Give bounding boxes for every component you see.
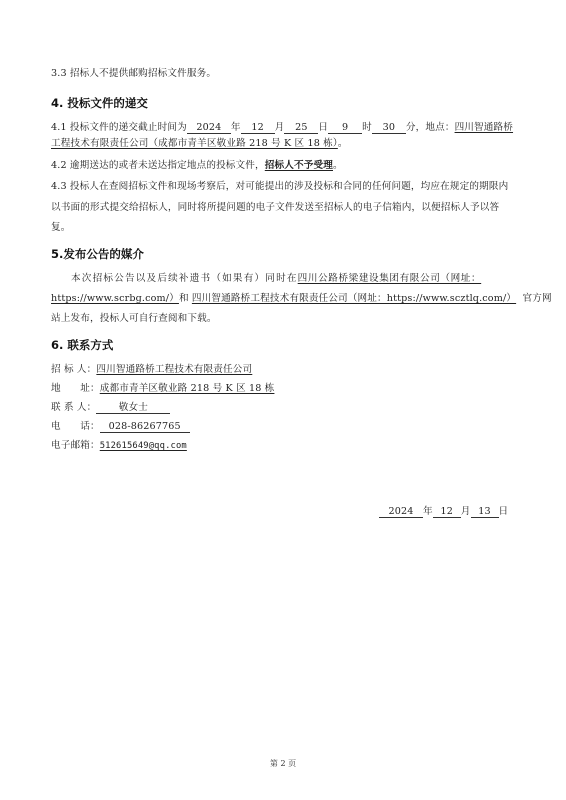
signature-date: 2024年12月13日	[379, 506, 508, 518]
location-line2: 工程技术有限责任公司（成都市青羊区敬业路 218 号 K 区 18 栋）	[51, 138, 338, 149]
minute-unit: 分，地点：	[406, 122, 455, 133]
date-year-unit: 年	[423, 506, 433, 517]
section-5-suffix: 官方网	[523, 293, 552, 304]
deadline-minute: 30	[372, 122, 406, 134]
media-link-scrbg-url[interactable]: https://www.scrbg.com/）	[51, 293, 179, 304]
section-4-heading: 4. 投标文件的递交	[51, 95, 148, 111]
section-5-and: 和	[179, 293, 192, 304]
item-4-3-line2: 以书面的形式提交给招标人，同时将所提问题的电子文件发送至招标人的电子信箱内，以便…	[51, 202, 499, 214]
hour-unit: 时	[362, 122, 372, 133]
day-unit: 日	[318, 122, 328, 133]
item-4-2: 4.2 逾期送达的或者未送达指定地点的投标文件，招标人不予受理。	[51, 160, 343, 172]
deadline-day: 25	[284, 122, 318, 134]
item-4-1-end: 。	[338, 138, 348, 149]
contact-label: 电 话：	[51, 421, 100, 432]
section-5-line2: https://www.scrbg.com/）和 四川智通路桥工程技术有限责任公…	[51, 293, 552, 305]
section-5-line1: 本次招标公告以及后续补遗书（如果有）同时在四川公路桥梁建设集团有限公司（网址：	[71, 273, 481, 285]
section-5-prefix: 本次招标公告以及后续补遗书（如果有）同时在	[71, 273, 298, 284]
item-4-1-line2: 工程技术有限责任公司（成都市青羊区敬业路 218 号 K 区 18 栋）。	[51, 138, 348, 150]
contact-address-value: 成都市青羊区敬业路 218 号 K 区 18 栋	[100, 383, 275, 394]
contact-label: 电子邮箱：	[51, 440, 100, 451]
deadline-year: 2024	[187, 122, 231, 134]
item-4-2-end: 。	[333, 160, 343, 171]
item-4-1-line1: 4.1 投标文件的递交截止时间为2024年12月25日9时30分，地点：四川智通…	[51, 122, 513, 134]
item-4-2-text: 4.2 逾期送达的或者未送达指定地点的投标文件，	[51, 160, 265, 171]
deadline-month: 12	[241, 122, 275, 134]
section-6-heading: 6. 联系方式	[51, 337, 113, 353]
contact-person-value: 敬女士	[96, 402, 170, 414]
contact-row-email: 电子邮箱：512615649@qq.com	[51, 440, 187, 452]
deadline-hour: 9	[328, 122, 362, 134]
contact-email-link[interactable]: 512615649@qq.com	[100, 441, 187, 451]
month-unit: 月	[275, 122, 285, 133]
item-4-2-emphasis: 招标人不予受理	[265, 160, 333, 171]
section-5-line3: 站上发布，投标人可自行查阅和下载。	[51, 313, 217, 325]
year-unit: 年	[231, 122, 241, 133]
location-line1: 四川智通路桥	[455, 122, 513, 133]
contact-label: 地 址：	[51, 383, 100, 394]
item-4-3-line3: 复。	[51, 222, 71, 234]
contact-row-bidder: 招 标 人：四川智通路桥工程技术有限责任公司	[51, 364, 252, 376]
contact-row-address: 地 址：成都市青羊区敬业路 218 号 K 区 18 栋	[51, 383, 274, 395]
item-3-3: 3.3 招标人不提供邮购招标文件服务。	[51, 68, 216, 80]
date-month: 12	[433, 506, 461, 518]
contact-bidder-value: 四川智通路桥工程技术有限责任公司	[96, 364, 252, 375]
contact-label: 联 系 人：	[51, 402, 96, 413]
page-number: 第 2 页	[0, 758, 566, 769]
media-link-scrbg-name[interactable]: 四川公路桥梁建设集团有限公司（网址：	[298, 273, 482, 284]
document-page: 3.3 招标人不提供邮购招标文件服务。 4. 投标文件的递交 4.1 投标文件的…	[0, 0, 566, 800]
contact-label: 招 标 人：	[51, 364, 96, 375]
date-year: 2024	[379, 506, 423, 518]
item-4-3-line1: 4.3 投标人在查阅招标文件和现场考察后，对可能提出的涉及投标和合同的任何问题，…	[51, 181, 508, 193]
date-month-unit: 月	[461, 506, 471, 517]
date-day: 13	[471, 506, 499, 518]
contact-row-person: 联 系 人：敬女士	[51, 402, 170, 414]
item-4-1-prefix: 4.1 投标文件的递交截止时间为	[51, 122, 187, 133]
date-day-unit: 日	[499, 506, 509, 517]
contact-phone-value: 028-86267765	[100, 421, 190, 433]
contact-row-phone: 电 话：028-86267765	[51, 421, 190, 433]
section-5-heading: 5.发布公告的媒介	[51, 246, 144, 262]
media-link-scztlq[interactable]: 四川智通路桥工程技术有限责任公司（网址：https://www.scztlq.c…	[192, 293, 516, 304]
